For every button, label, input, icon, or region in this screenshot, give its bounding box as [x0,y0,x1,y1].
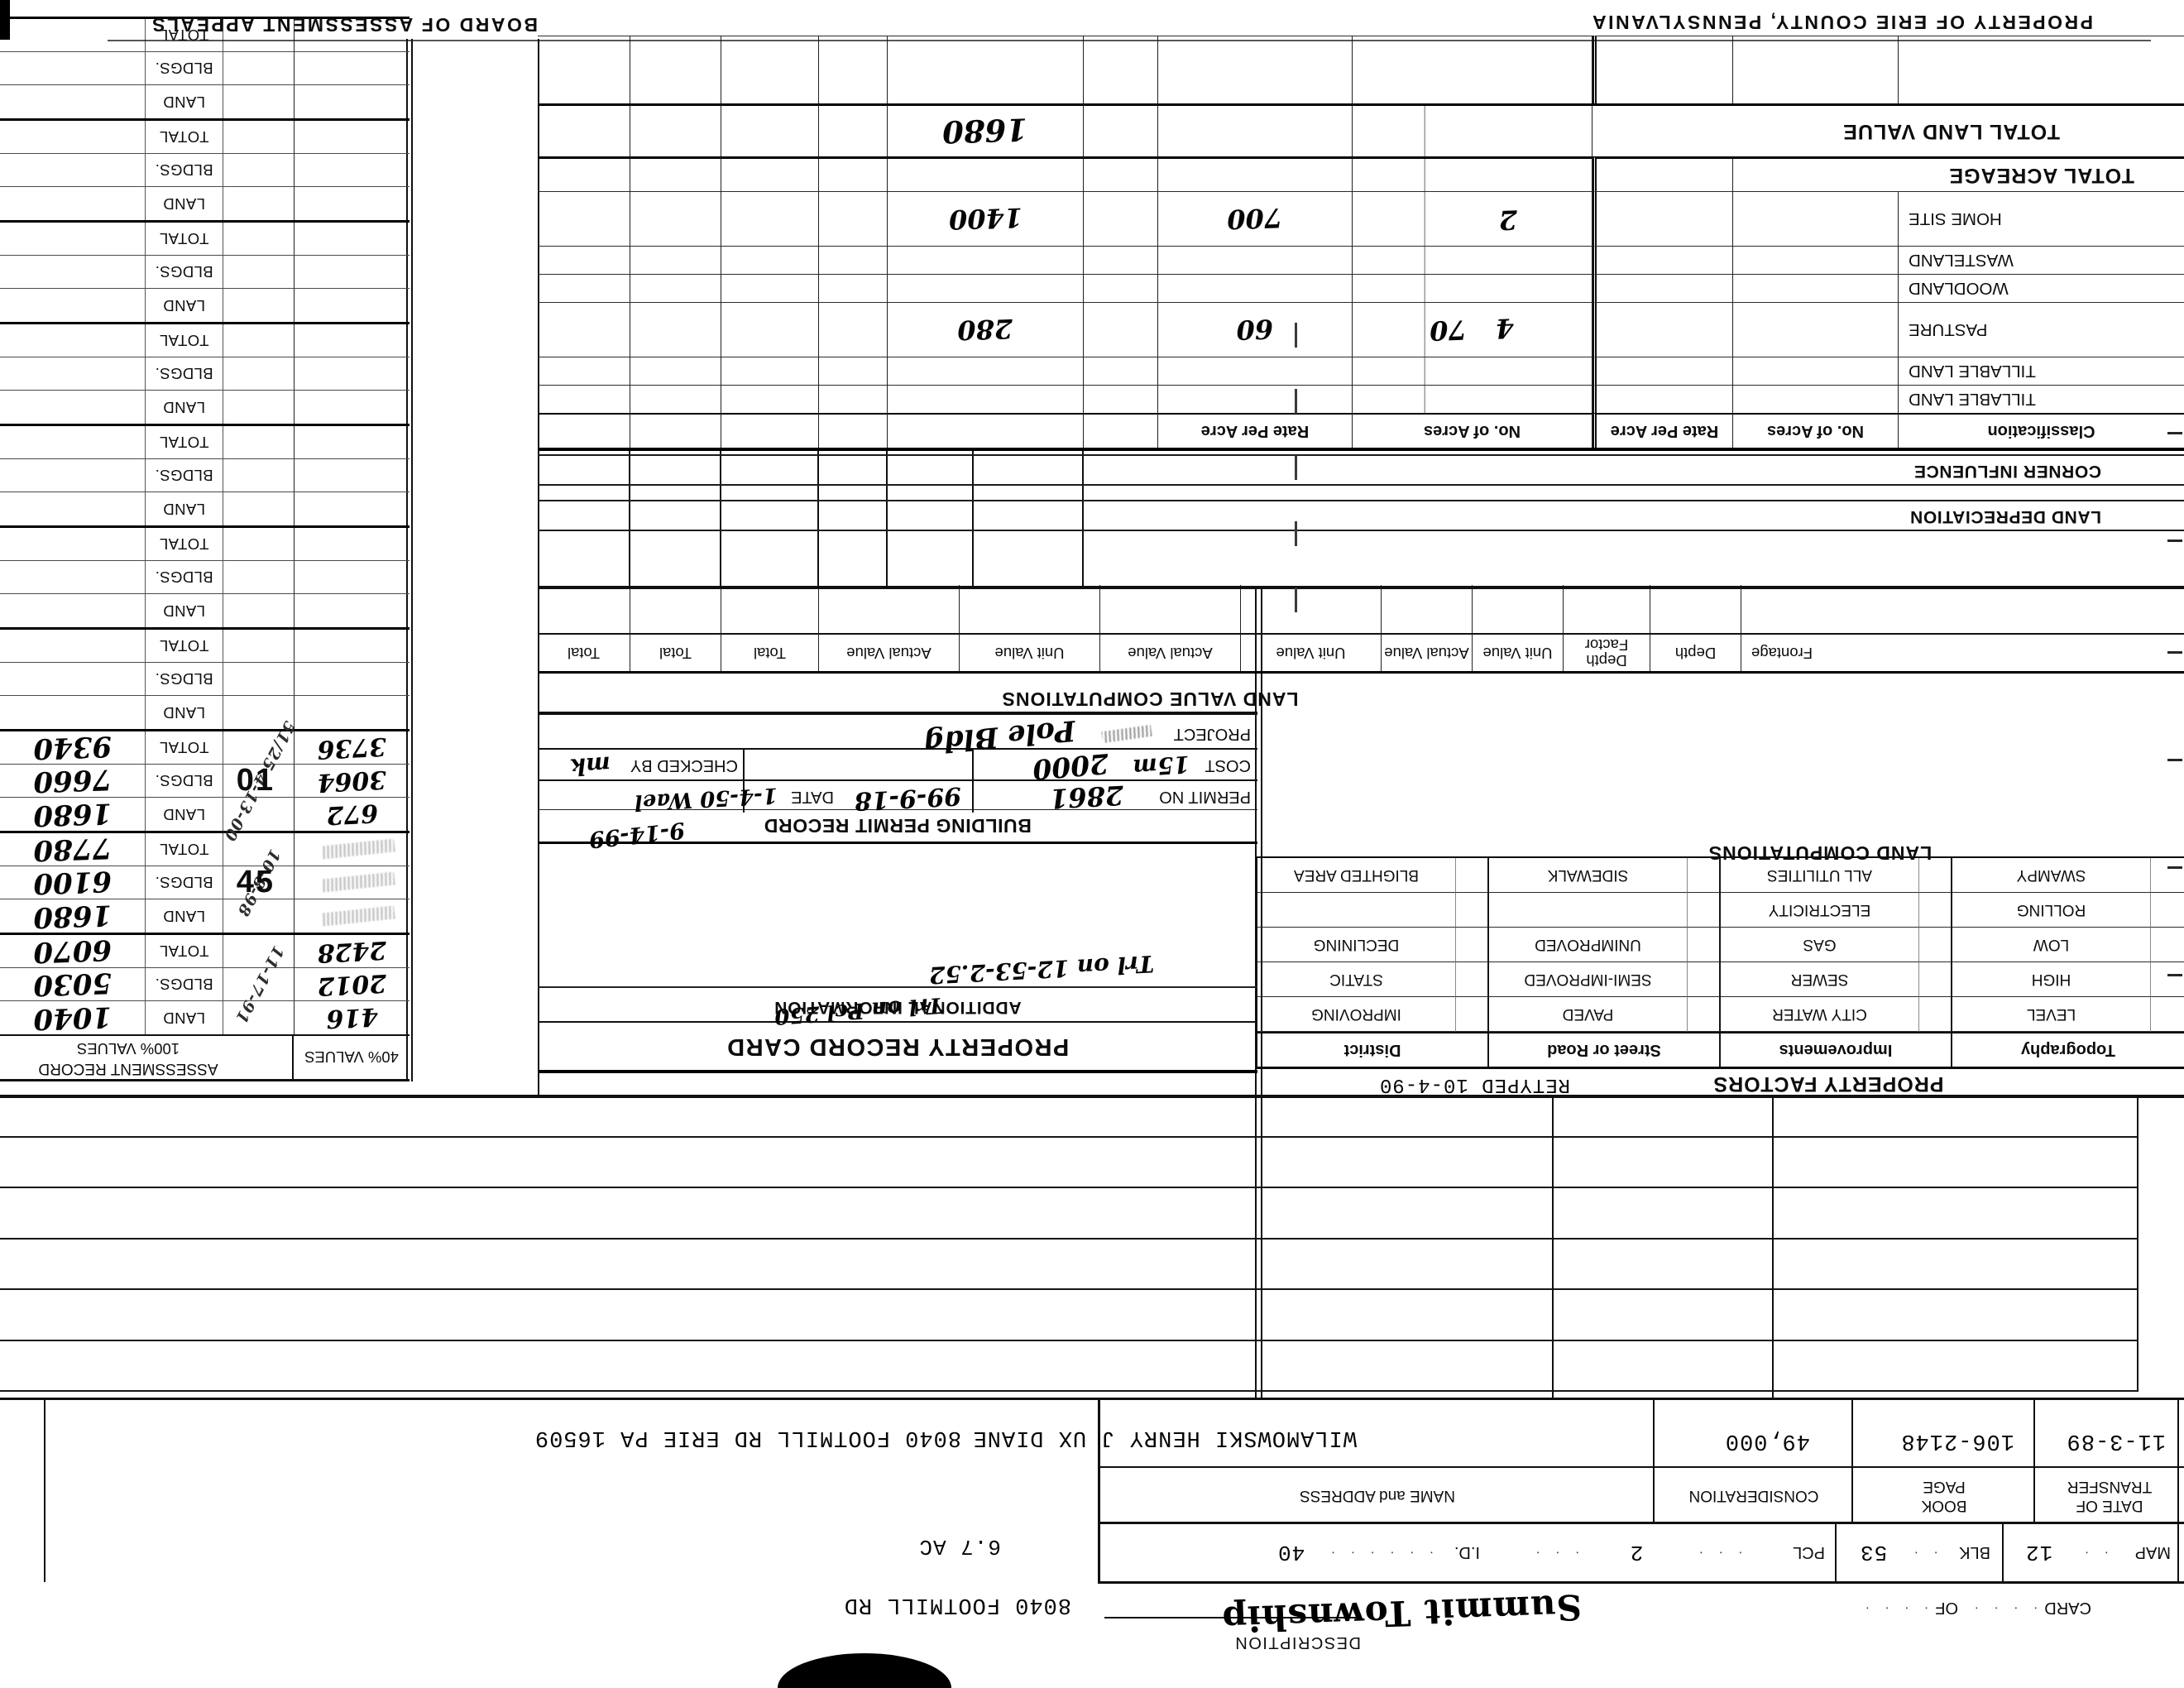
assessment-note-cell [252,594,294,627]
assessment-row-label: BLDGS. [145,154,223,187]
assessment-note-cell [252,561,294,594]
scan-edge-dash [2167,759,2182,761]
rule [1255,1096,1257,1398]
assessment-stamp-cell [223,765,252,798]
assessment-40-cell: 416 [294,1001,409,1034]
factor-option: HIGH [1952,962,2151,997]
property-factors-title: PROPERTY FACTORS [1580,1072,2076,1096]
land-class-cell [1733,191,1899,246]
rule [1552,1096,1554,1398]
assessment-stamp-cell [223,798,252,831]
assessment-note-cell [252,324,294,357]
scan-blob-artifact [778,1653,951,1688]
classification-grid: Classification No. of Acres Rate Per Acr… [538,36,2184,451]
assessment-stamp-cell [223,968,252,1001]
assessment-40-cell [294,696,409,729]
land-class-cell [1158,156,1353,191]
land-value-computations-title: LAND VALUE COMPUTATIONS [819,688,1481,710]
assessment-row-label: BLDGS. [145,866,223,899]
land-class-cell [630,246,721,274]
blk-label: BLK [1959,1543,1990,1562]
assessment-100-cell [0,561,145,594]
assessment-40-cell [294,357,409,391]
scan-edge-dash [2167,974,2182,976]
land-class-cell [1084,357,1158,385]
project-label: PROJECT [1174,724,1251,743]
land-computations-title: LAND COMPUTATIONS [1564,842,2076,864]
scan-fold-dash [1296,323,1298,348]
assessment-40-value: 3736 [317,731,387,764]
of-label: OF [1935,1599,1958,1618]
land-class-cell [630,191,721,246]
assessment-stamp-cell [223,492,252,525]
dotted-leader: · · · · · [1856,1600,1928,1615]
assessment-note-cell [252,187,294,220]
land-class-cell [721,191,819,246]
land-class-cell [1592,357,1733,385]
assessment-100-value: 9340 [33,730,113,765]
rule [1653,1400,1655,1524]
assessment-40-cell [294,223,409,256]
land-class-cell: 60 [1158,302,1353,357]
description-empty-row [0,1138,2138,1188]
land-class-cell [1353,357,1592,385]
land-class-cell [1353,274,1592,302]
assessment-stamp-cell [223,52,252,85]
assessment-row-label: BLDGS. [145,357,223,391]
dotted-leader: · · [1894,1545,1952,1560]
assessment-100-cell [0,528,145,561]
scan-fold-dash [1296,389,1298,414]
factor-option: PAVED [1489,997,1688,1032]
land-class-cell: 2 [1353,191,1592,246]
factor-option: SEMI-IMPROVED [1489,962,1688,997]
assessment-100-cell: 7660 [0,765,145,798]
cost-label: COST [1205,755,1251,774]
assessment-stamp-cell [223,561,252,594]
factor-checkbox-cell [1456,962,1489,997]
assessment-40-cell: 2012 [294,968,409,1001]
land-class-label: TILLABLE LAND [1899,385,2184,413]
assessment-100-cell [0,663,145,696]
map-cell: MAP · · 12 [2012,1531,2171,1574]
assessment-row-label: LAND [145,1001,223,1034]
land-class-cell [1353,246,1592,274]
assessment-row-label: LAND [145,391,223,424]
assessment-40-cell [294,899,409,933]
dotted-leader: · · · [1487,1545,1623,1560]
scan-fold-dash [1296,455,1298,480]
land-class-value: 4 70 [1430,313,1515,348]
land-class-cell [1592,385,1733,413]
land-class-cell [1733,385,1899,413]
lvc-empty-cell [630,585,721,633]
land-class-cell [630,385,721,413]
factor-checkbox-cell [2151,928,2184,962]
assessment-note-cell [252,833,294,866]
land-class-cell [819,103,888,156]
assessment-100-cell: 9340 [0,731,145,765]
factor-checkbox-cell [2151,858,2184,893]
lvc-empty-cell [960,585,1100,633]
assessment-100-value: 1040 [33,1000,113,1035]
record-card-title-band: PROPERTY RECORD CARD [538,1021,1257,1073]
land-class-cell [721,385,819,413]
factors-col-district: District [1257,1032,1489,1067]
land-class-empty-cell [630,36,721,103]
land-class-cell [538,156,630,191]
assessment-100-cell [0,426,145,459]
assessment-100-cell [0,594,145,627]
land-class-cell [630,156,721,191]
assessment-group: LANDBLDGS.TOTAL [0,525,409,627]
assessment-note-cell [252,935,294,968]
assessment-note-cell [252,492,294,525]
land-class-cell [1084,385,1158,413]
land-class-cell [538,357,630,385]
land-class-cell [630,357,721,385]
assessment-stamp-cell [223,223,252,256]
land-class-cell [1353,156,1592,191]
assessment-100-cell [0,630,145,663]
pcl-value: 2 [1630,1540,1644,1565]
township-stamp: Summit Township [1221,1586,1583,1639]
dotted-leader: · · · · · · [1311,1545,1448,1560]
description-empty-row [0,1290,2138,1340]
assessment-stamp-cell [223,121,252,154]
lvc-column-header: Actual Value [1382,633,1473,671]
id-label: I.D. [1454,1543,1480,1562]
rule [1261,1096,1262,1398]
description-empty-row [0,1341,2138,1392]
dotted-leader: · · · [1650,1545,1786,1560]
assessment-40-cell [294,121,409,154]
assessment-40-cell [294,561,409,594]
land-class-cell [630,274,721,302]
land-class-value: 700 [1227,202,1283,235]
pencil-smudge [321,905,395,926]
factor-option: SEWER [1721,962,1919,997]
assessment-100-cell [0,154,145,187]
lvc-empty-cell [1241,585,1382,633]
scan-edge-dash [2167,432,2182,434]
land-class-cell [538,274,630,302]
assessment-100-cell [0,121,145,154]
transfer-col-consideration: CONSIDERATION [1655,1485,1853,1504]
transfer-book-page: 106-2148 [1900,1428,2014,1453]
assessment-100-cell [0,223,145,256]
factor-option: DECLINING [1257,928,1456,962]
assessment-stamp-cell [223,391,252,424]
lvc-empty-cell [819,585,960,633]
land-class-cell [630,103,721,156]
assessment-row-label: TOTAL [145,528,223,561]
assessment-stamp-cell [223,289,252,322]
rule [538,712,1257,716]
assessment-40-cell [294,256,409,289]
factor-checkbox-cell [1456,858,1489,893]
assessment-stamp-cell [223,357,252,391]
assessment-stamp-cell [223,899,252,933]
factors-col-topography: Topography [1952,1032,2184,1067]
land-class-label: TOTAL ACREAGE [1733,156,2184,191]
assessment-40-cell: 2428 [294,935,409,968]
permit-no-value: 2861 [1049,779,1124,815]
assessment-group: LANDBLDGS.TOTAL [0,220,409,322]
land-class-cell [538,385,630,413]
factor-checkbox-cell [1688,962,1721,997]
assessment-note-cell [252,630,294,663]
assessment-100-cell: 6070 [0,935,145,968]
scan-edge-dash [2167,866,2182,869]
assessment-row-label: BLDGS. [145,52,223,85]
factor-option: BLIGHTED AREA [1257,858,1456,893]
land-class-value: 1400 [948,202,1023,236]
land-class-empty-cell [721,36,819,103]
assessment-100-value: 5030 [33,966,113,1002]
factor-option: UNIMPROVED [1489,928,1688,962]
land-class-cell [819,357,888,385]
id-value: 40 [1277,1540,1305,1565]
land-class-empty-cell [1592,36,1733,103]
assessment-100-cell [0,19,145,52]
assessment-40-value: 416 [325,1002,378,1033]
land-class-cell [1084,302,1158,357]
land-class-cell: 1680 [888,103,1084,156]
rule [538,587,2184,590]
lvc-column-header: Unit Value [960,633,1100,671]
class-col-rate-2: Rate Per Acre [1158,413,1353,448]
land-class-cell [888,385,1084,413]
land-class-cell [538,246,630,274]
factor-checkbox-cell [2151,962,2184,997]
assessment-row-label: BLDGS. [145,765,223,798]
transfer-col-book: BOOK PAGE [1903,1476,1985,1514]
factor-option: STATIC [1257,962,1456,997]
assessment-note-cell [252,696,294,729]
factor-option: ELECTRICITY [1721,893,1919,928]
assessment-40-cell [294,459,409,492]
land-class-cell [1158,274,1353,302]
assessment-note-cell [252,426,294,459]
rule [44,1398,45,1582]
assessment-stamp-cell [223,696,252,729]
factor-checkbox-cell [1919,893,1952,928]
assessment-row-label: TOTAL [145,426,223,459]
assessment-100-cell [0,696,145,729]
retyped-note: RETYPED 10-4-90 [1379,1073,1570,1096]
rule [1100,1522,2184,1524]
assessment-100-cell [0,256,145,289]
assessment-row-label: LAND [145,187,223,220]
assessment-40-value: 2012 [317,968,387,1000]
land-class-label: HOME SITE [1899,191,2184,246]
permit-date-label: DATE [791,787,834,806]
land-class-empty-cell [819,36,888,103]
permit-date-value: 99-9-18 [854,781,962,816]
land-class-value: 1680 [942,112,1028,151]
assessment-100-value: 6070 [33,933,113,969]
factor-option: CITY WATER [1721,997,1919,1032]
assessment-100-cell: 1680 [0,798,145,831]
land-depreciation-label: LAND DEPRECIATION [1910,506,2101,526]
assessment-groups: 416LAND10402012BLDGS.50302428TOTAL607011… [0,17,409,1034]
lvc-column-header: Actual Value [1100,633,1241,671]
scan-fold-dash [1296,587,1298,612]
assessment-note-cell [252,391,294,424]
assessment-group: 672LAND16803064BLDGS.76603736TOTAL934051… [0,729,409,831]
rule [2033,1400,2035,1524]
dotted-leader: · · · · · [1965,1600,2038,1615]
assessment-note-cell [252,289,294,322]
pencil-smudge [321,871,395,892]
lvc-empty-cell [1741,585,2184,633]
factor-option: ROLLING [1952,893,2151,928]
land-class-empty-cell [1158,36,1353,103]
rule [1100,1581,2184,1584]
land-class-cell [630,302,721,357]
checked-by-value: mk [569,750,611,780]
assessment-40-cell [294,324,409,357]
assessment-100-value: 6100 [33,865,113,900]
land-class-cell [1733,302,1899,357]
description-empty-row [0,1240,2138,1290]
assessment-40-cell [294,52,409,85]
permit-no-label: PERMIT NO [1159,787,1251,806]
cost-value: 15m [1132,750,1190,782]
factors-col-improvements: Improvements [1721,1032,1952,1067]
factor-checkbox-cell [1919,928,1952,962]
assessment-note-cell [252,154,294,187]
assessment-100-cell [0,52,145,85]
handwritten-note-2: Trl on 12-53-2.52 [928,950,1154,989]
land-class-cell [1592,302,1733,357]
land-class-cell [721,156,819,191]
lvc-column-header: Total [721,633,819,671]
assessment-note-cell [252,528,294,561]
assessment-stamp-cell [223,1001,252,1034]
assessment-40-cell [294,289,409,322]
land-class-cell [538,103,630,156]
assessment-40-cell: 3064 [294,765,409,798]
assessment-40-cell [294,833,409,866]
assessment-row-label: LAND [145,798,223,831]
assessment-note-cell [252,798,294,831]
pcl-label: PCL [1793,1543,1825,1562]
rule [972,750,974,813]
lvc-empty-cell [1650,585,1741,633]
lvc-column-header: Depth [1650,633,1741,671]
assessment-100-cell: 1040 [0,1001,145,1034]
factor-option: GAS [1721,928,1919,962]
lvc-empty-cell [721,585,819,633]
blk-value: 53 [1860,1540,1887,1565]
land-class-cell [888,246,1084,274]
assessment-40-value: 672 [325,798,378,830]
rule [2137,1096,2138,1392]
assessment-stamp-cell [223,256,252,289]
transfer-col-name: NAME and ADDRESS [1100,1485,1655,1504]
assessment-stamp-cell [223,154,252,187]
dotted-leader: · · [2059,1545,2128,1560]
rule [2177,1398,2179,1584]
assessment-row-label: LAND [145,594,223,627]
land-class-cell [1084,246,1158,274]
owner-name: WILAMOWSKI HENRY J UX DIANE [973,1425,1357,1450]
record-card-title: PROPERTY RECORD CARD [726,1033,1070,1060]
rule [0,1398,2184,1400]
assessment-group: LANDBLDGS.TOTAL [0,424,409,525]
lvc-column-header: Unit Value [1473,633,1564,671]
land-class-cell [1733,357,1899,385]
pcl-id-cell: PCL · · · 2 · · · I.D. · · · · · · 40 [1246,1531,1825,1574]
land-value-computations-table: FrontageDepthDepth FactorUnit ValueActua… [538,585,2184,674]
rule [1835,1523,1837,1584]
land-class-label: TILLABLE LAND [1899,357,2184,385]
assessment-stamp-cell [223,85,252,118]
card-label: CARD [2044,1599,2091,1618]
scan-corner-artifact [0,0,10,40]
land-class-cell [1158,103,1353,156]
assessment-note-cell [252,1001,294,1034]
land-class-cell [1084,156,1158,191]
assessment-40-value: 2428 [317,935,387,967]
scanned-page: DESCRIPTION CARD · · · · · OF · · · · · … [0,0,2184,1688]
assessment-40-cell [294,85,409,118]
assessment-100-cell [0,85,145,118]
rule [108,40,2151,41]
land-class-cell [1158,246,1353,274]
rule [538,748,1257,750]
transfer-date: 11-3-89 [2067,1428,2166,1453]
assessment-stamp-cell [223,833,252,866]
transfer-consideration: 49,000 [1725,1428,1810,1453]
assessment-row-label: TOTAL [145,833,223,866]
assessment-100-cell: 7780 [0,833,145,866]
factor-checkbox-cell [1456,893,1489,928]
assessment-100-cell [0,324,145,357]
pencil-smudge [321,838,395,859]
land-class-cell [1592,191,1733,246]
class-col-blank [888,413,1084,448]
land-class-empty-cell [538,36,630,103]
assessment-40-cell [294,154,409,187]
assessment-row-label: TOTAL [145,935,223,968]
lvc-column-header: Depth Factor [1564,633,1650,671]
assessment-group: 416LAND10402012BLDGS.50302428TOTAL607011… [0,933,409,1034]
land-class-value: 2 [1498,202,1592,237]
land-class-cell [819,191,888,246]
assessment-row-label: LAND [145,85,223,118]
land-class-cell: 700 [1158,191,1353,246]
land-class-cell [1084,191,1158,246]
corner-influence-row: CORNER INFLUENCE [538,454,2184,486]
assessment-40-cell [294,663,409,696]
land-class-cell [538,302,630,357]
assessment-group: LANDBLDGS.TOTAL [0,627,409,729]
land-class-cell [888,156,1084,191]
assessment-stamp-cell [223,594,252,627]
land-class-cell [888,274,1084,302]
land-class-empty-cell [888,36,1084,103]
cost-amount: 2000 [1032,747,1110,786]
assessment-stamp-cell [223,324,252,357]
assessment-40-cell [294,492,409,525]
assessment-40-cell [294,866,409,899]
land-class-empty-cell [1899,36,2184,103]
land-class-label: PASTURE [1899,302,2184,357]
assessment-100-value: 1680 [33,898,113,933]
